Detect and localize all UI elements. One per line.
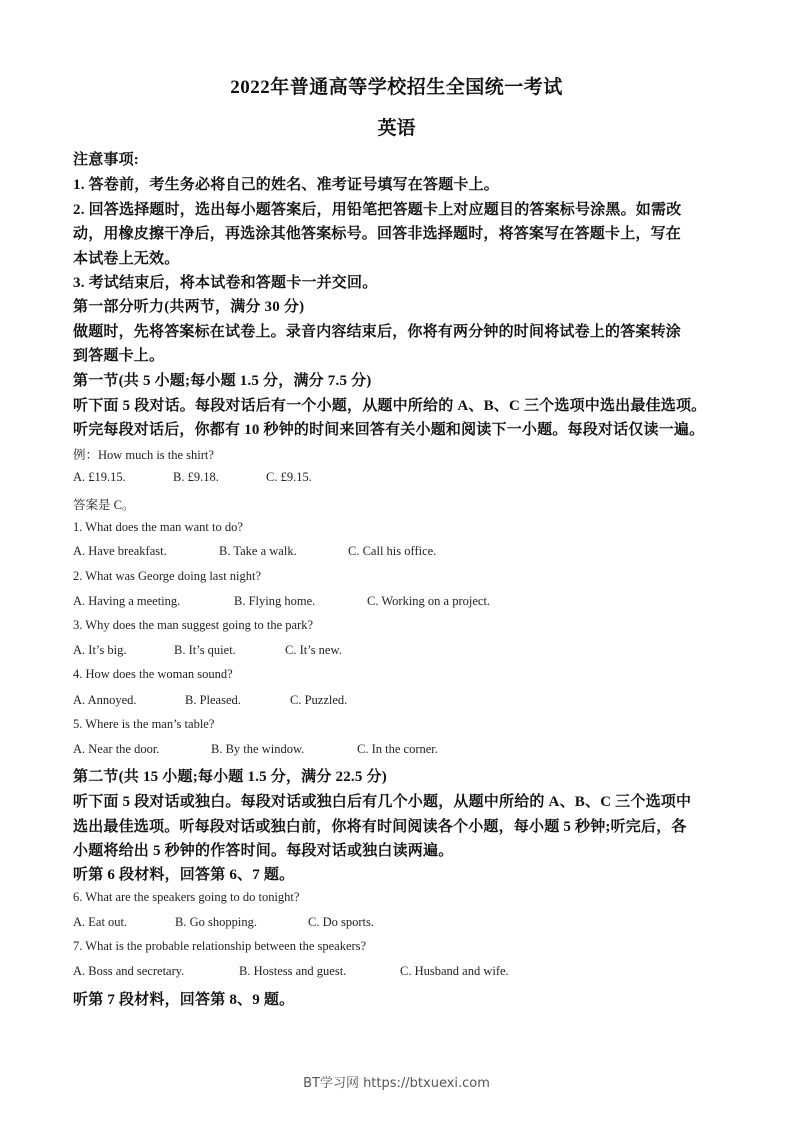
q4-option-c: C. Puzzled. [290,693,347,708]
q2-option-a: A. Having a meeting. [73,594,180,609]
q5-option-b: B. By the window. [211,742,304,757]
q6-option-c: C. Do sports. [308,915,374,930]
q3-option-a: A. It’s big. [73,643,126,658]
q6-option-a: A. Eat out. [73,915,127,930]
subject-title: 英语 [0,113,793,140]
notice-heading: 注意事项: [73,148,139,169]
question-4: 4. How does the woman sound? [73,667,233,682]
q1-option-c: C. Call his office. [348,544,436,559]
section1-instruction: 听下面 5 段对话。每段对话后有一个小题，从题中所给的 A、B、C 三个选项中选… [73,394,706,415]
part1-instruction: 到答题卡上。 [73,344,164,365]
example-question: 例：How much is the shirt? [73,445,214,463]
watermark: BT学习网 https://btxuexi.com [0,1072,793,1091]
section2-instruction: 小题将给出 5 秒钟的作答时间。每段对话或独白读两遍。 [73,839,453,860]
question-1: 1. What does the man want to do? [73,520,243,535]
question-2: 2. What was George doing last night? [73,569,261,584]
section1-instruction: 听完每段对话后，你都有 10 秒钟的时间来回答有关小题和阅读下一小题。每段对话仅… [73,418,704,439]
section2-instruction: 听下面 5 段对话或独白。每段对话或独白后有几个小题，从题中所给的 A、B、C … [73,790,691,811]
notice-item: 3. 考试结束后，将本试卷和答题卡一并交回。 [73,271,377,292]
q2-option-c: C. Working on a project. [367,594,490,609]
example-option-a: A. £19.15. [73,470,126,485]
section2-heading: 第二节(共 15 小题;每小题 1.5 分，满分 22.5 分) [73,765,387,786]
section2-instruction: 选出最佳选项。听每段对话或独白前，你将有时间阅读各个小题，每小题 5 秒钟;听完… [73,815,687,836]
q5-option-a: A. Near the door. [73,742,159,757]
example-answer: 答案是 C。 [73,495,134,513]
q1-option-b: B. Take a walk. [219,544,297,559]
q7-option-b: B. Hostess and guest. [239,964,346,979]
q3-option-c: C. It’s new. [285,643,342,658]
example-option-c: C. £9.15. [266,470,312,485]
q4-option-b: B. Pleased. [185,693,241,708]
part1-instruction: 做题时，先将答案标在试卷上。录音内容结束后，你将有两分钟的时间将试卷上的答案转涂 [73,320,681,341]
exam-title: 2022年普通高等学校招生全国统一考试 [0,72,793,99]
question-5: 5. Where is the man’s table? [73,717,214,732]
notice-item: 本试卷上无效。 [73,247,179,268]
q7-option-a: A. Boss and secretary. [73,964,184,979]
section1-heading: 第一节(共 5 小题;每小题 1.5 分，满分 7.5 分) [73,369,372,390]
passage-6-heading: 听第 6 段材料，回答第 6、7 题。 [73,863,294,884]
notice-item: 动，用橡皮擦干净后，再选涂其他答案标号。回答非选择题时，将答案写在答题卡上，写在 [73,222,681,243]
q7-option-c: C. Husband and wife. [400,964,509,979]
part1-heading: 第一部分听力(共两节，满分 30 分) [73,295,304,316]
q4-option-a: A. Annoyed. [73,693,137,708]
question-7: 7. What is the probable relationship bet… [73,939,366,954]
exam-page: 2022年普通高等学校招生全国统一考试 英语 注意事项: 1. 答卷前，考生务必… [0,0,793,1122]
q5-option-c: C. In the corner. [357,742,438,757]
notice-item: 2. 回答选择题时，选出每小题答案后，用铅笔把答题卡上对应题目的答案标号涂黑。如… [73,198,681,219]
passage-7-heading: 听第 7 段材料，回答第 8、9 题。 [73,988,294,1009]
q6-option-b: B. Go shopping. [175,915,257,930]
q1-option-a: A. Have breakfast. [73,544,167,559]
q3-option-b: B. It’s quiet. [174,643,236,658]
question-6: 6. What are the speakers going to do ton… [73,890,299,905]
example-option-b: B. £9.18. [173,470,219,485]
question-3: 3. Why does the man suggest going to the… [73,618,313,633]
q2-option-b: B. Flying home. [234,594,315,609]
notice-item: 1. 答卷前，考生务必将自己的姓名、准考证号填写在答题卡上。 [73,173,499,194]
